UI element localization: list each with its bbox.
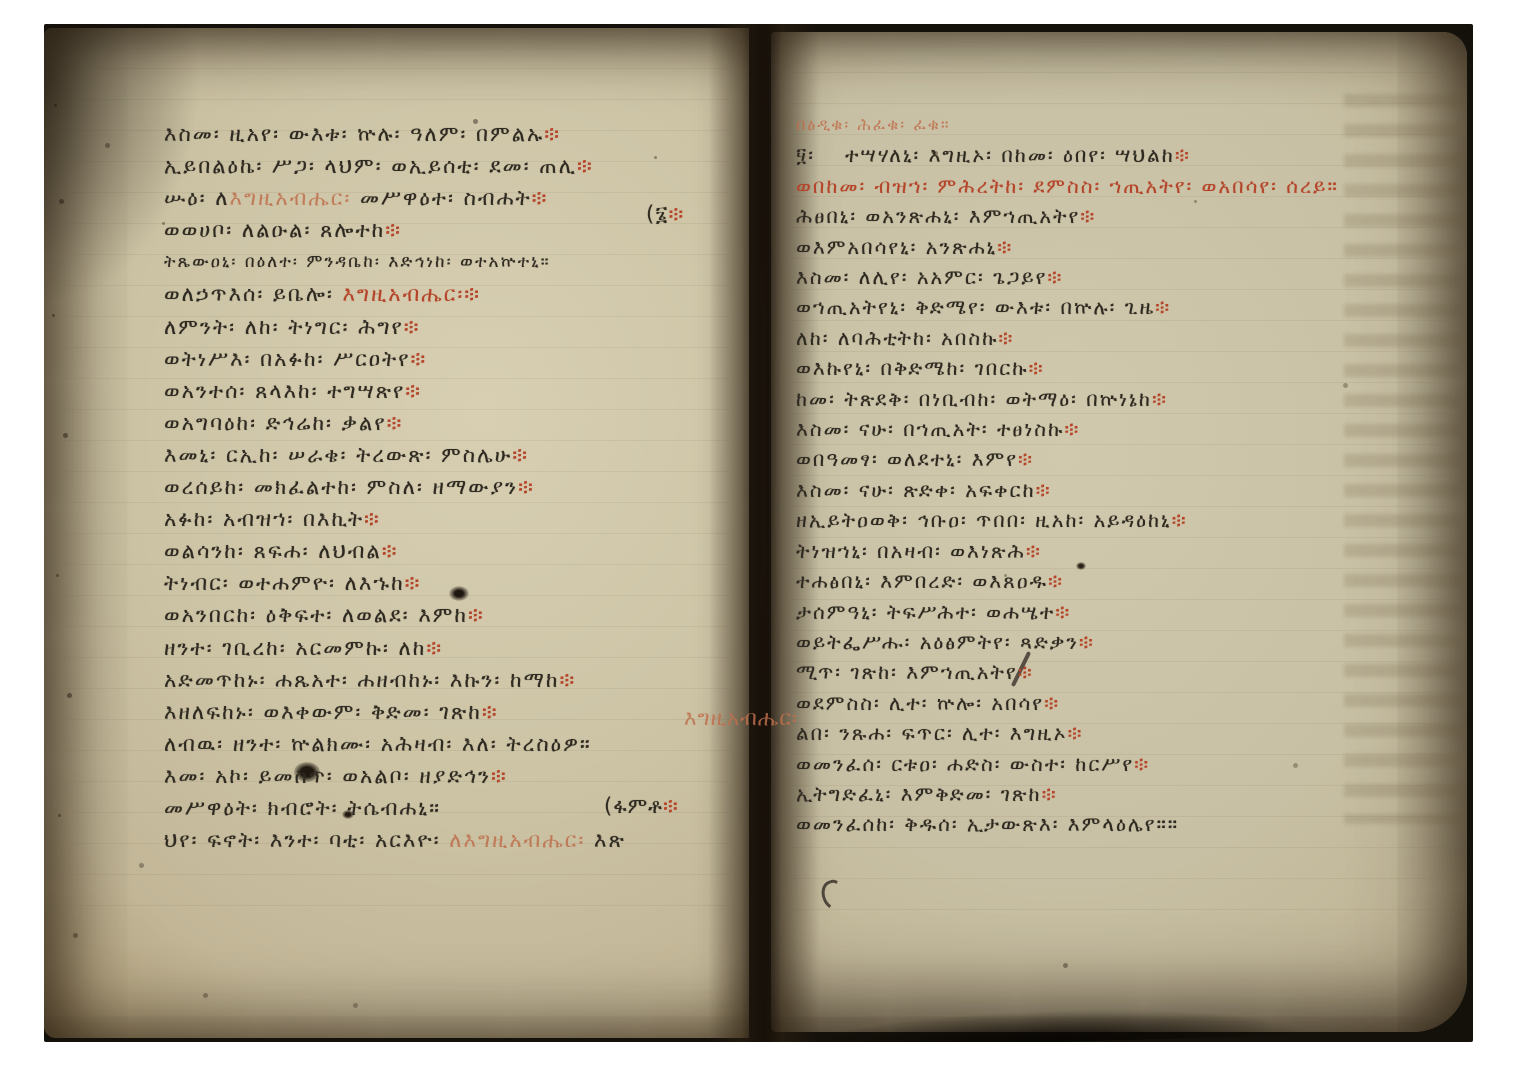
text-line: ዘንተ፡ ገቢረከ፡ አርመምኩ፡ ለከ፨ bbox=[164, 632, 626, 664]
text-segment: አፉከ፡ አብዝኀ፡ በእኪት bbox=[164, 507, 364, 531]
text-line: ተሐፅበኒ፡ እምበረድ፡ ወእጸዐዱ፨ bbox=[796, 566, 1339, 596]
rubric-segment: ፨ bbox=[997, 235, 1013, 259]
rubric-segment: እግዚአብሔር፡ bbox=[230, 186, 352, 210]
text-segment: ዘንተ፡ ገቢረከ፡ አርመምኩ፡ ለከ bbox=[164, 636, 426, 660]
rubric-segment: ፨ bbox=[1080, 204, 1096, 228]
text-segment: ለብዉ፡ ዘንተ፡ ኵልክሙ፡ አሕዛብ፡ እለ፡ ትረስዕዎ። bbox=[164, 732, 592, 756]
text-line: መሥዋዕት፡ ክብሮት፡ ትሴብሐኒ።(ፋምቶ፨ bbox=[164, 792, 626, 824]
text-line: ፶፡ተሣሃለኒ፡ እግዚኦ፡ በከመ፡ ዕበየ፡ ሣህልከ፨ bbox=[796, 140, 1339, 170]
text-segment: ወወሀቦ፡ ለልዑል፡ ጸሎተከ bbox=[164, 218, 385, 242]
text-segment: ወደምስስ፡ ሊተ፡ ኵሎ፡ አበሳየ bbox=[796, 691, 1044, 715]
text-segment: እስመ፡ ለሊየ፡ አአምር፡ ጌጋይየ bbox=[796, 265, 1047, 289]
text-segment: ወትነሥእ፡ በአፉከ፡ ሥርዐትየ bbox=[164, 347, 410, 371]
text-line: ወመንፈሰ፡ ርቱዐ፡ ሐድስ፡ ውስተ፡ ከርሥየ፨ bbox=[796, 749, 1339, 779]
text-segment: ወልሳንከ፡ ጸፍሐ፡ ለህብል bbox=[164, 539, 382, 563]
rubric-segment: ፨ bbox=[410, 347, 427, 371]
left-page-text-column: እስመ፡ ዚአየ፡ ውእቱ፡ ኵሉ፡ ዓለም፡ በምልኡ፨ኢይበልዕኬ፡ ሥጋ፡… bbox=[164, 118, 626, 856]
text-segment: ወለኃጥእሰ፡ ይቤሎ፡ bbox=[164, 282, 342, 306]
text-segment: መሥዋዕት፡ ክብሮት፡ ትሴብሐኒ። bbox=[164, 796, 441, 820]
text-line: ለከ፡ ለባሕቲትከ፡ አበስኩ፨ bbox=[796, 323, 1339, 353]
text-line: እመ፡ አኮ፡ ይመስጥ፡ ወአልቦ፡ ዘያድኅን፨ bbox=[164, 760, 626, 792]
text-segment: እስመ፡ ናሁ፡ ጽድቀ፡ አፍቀርከ bbox=[796, 478, 1036, 502]
text-segment: እስመ፡ ናሁ፡ በኀጢአት፡ ተፀነስኩ bbox=[796, 417, 1064, 441]
rubric-segment: ፨ bbox=[482, 700, 499, 724]
text-line: እስመ፡ ለሊየ፡ አአምር፡ ጌጋይየ፨ bbox=[796, 262, 1339, 292]
text-line: ታሰምዓኒ፡ ትፍሥሕተ፡ ወሐሤተ፨ bbox=[796, 597, 1339, 627]
text-line: ልበ፡ ንጹሐ፡ ፍጥር፡ ሊተ፡ እግዚኦ፨ bbox=[796, 718, 1339, 748]
text-segment: ታሰምዓኒ፡ ትፍሥሕተ፡ ወሐሤተ bbox=[796, 600, 1055, 624]
text-line: እስመ፡ ናሁ፡ በኀጢአት፡ ተፀነስኩ፨ bbox=[796, 414, 1339, 444]
rubric-segment: ፨ bbox=[1018, 660, 1034, 684]
text-segment: ሡዕ፡ ለ bbox=[164, 186, 230, 210]
rubric-segment: ፨ bbox=[1036, 478, 1052, 502]
rubric-segment: እግዚአብሔር፡ bbox=[684, 706, 798, 730]
text-segment: ወይትፌሥሑ፡ አዕፅምትየ፡ ጻድቃን bbox=[796, 630, 1079, 654]
manuscript-photo: እስመ፡ ዚአየ፡ ውእቱ፡ ኵሉ፡ ዓለም፡ በምልኡ፨ኢይበልዕኬ፡ ሥጋ፡… bbox=[44, 24, 1473, 1042]
text-line: ሚጥ፡ ገጽከ፡ እምኀጢአትየ፨ bbox=[796, 657, 1339, 687]
text-segment: (ፋምቶ bbox=[604, 794, 663, 818]
text-line: እመኒ፡ ርኢከ፡ ሠራቄ፡ ትረውጽ፡ ምስሌሁ፨ bbox=[164, 439, 626, 471]
text-line: ትነዝኀኒ፡ በአዛብ፡ ወእነጽሕ፨ bbox=[796, 536, 1339, 566]
text-segment: ኢትግድፈኒ፡ እምቅድመ፡ ገጽከ bbox=[796, 782, 1042, 806]
margin-note: እግዚአብሔር፡ bbox=[684, 702, 798, 734]
text-line: ወእምአበሳየኒ፡ አንጽሐኒ፨ bbox=[796, 232, 1339, 262]
text-line: ወበከመ፡ ብዝኀ፡ ምሕረትከ፡ ደምስስ፡ ኀጢአትየ፡ ወአበሳየ፡ ሰረ… bbox=[796, 171, 1339, 201]
text-line: ወኀጢአትየኒ፡ ቅድሜየ፡ ውእቱ፡ በኵሉ፡ ጊዜ፨ bbox=[796, 292, 1339, 322]
rubric-segment: ፨ bbox=[426, 636, 443, 660]
text-segment: አድመጥከኑ፡ ሐጼአተ፡ ሐዘብከኑ፡ እኩን፡ ከማከ bbox=[164, 668, 559, 692]
text-line: ወወሀቦ፡ ለልዑል፡ ጸሎተከ፨(፮፨ bbox=[164, 214, 626, 246]
text-line: በፅዲቁ፡ ሕፈቁ፡ ፈቁ። bbox=[796, 110, 1339, 140]
text-line: ኢይበልዕኬ፡ ሥጋ፡ ላህም፡ ወኢይሰቲ፡ ደመ፡ ጠሊ፨ bbox=[164, 150, 626, 182]
gutter-line bbox=[761, 24, 766, 1042]
text-segment: ተሐፅበኒ፡ እምበረድ፡ ወእጸዐዱ bbox=[796, 569, 1048, 593]
rubric-segment: ፨ bbox=[404, 315, 421, 339]
text-segment: ትነብር፡ ወተሐምዮ፡ ለእኁከ bbox=[164, 571, 405, 595]
text-line: ወደምስስ፡ ሊተ፡ ኵሎ፡ አበሳየ፨ bbox=[796, 688, 1339, 718]
rubric-segment: ፨ bbox=[668, 202, 684, 226]
rubric-segment: ፨ bbox=[1048, 569, 1064, 593]
rubric-segment: ፨ bbox=[1026, 539, 1042, 563]
rubric-segment: ፨ bbox=[544, 122, 561, 146]
rubric-segment: ፨ bbox=[518, 475, 535, 499]
text-line: ወአንበርከ፡ ዕቅፍተ፡ ለወልደ፡ እምከ፨ bbox=[164, 599, 626, 631]
text-segment: ሚጥ፡ ገጽከ፡ እምኀጢአትየ bbox=[796, 660, 1018, 684]
text-segment: ወመንፈሰ፡ ርቱዐ፡ ሐድስ፡ ውስተ፡ ከርሥየ bbox=[796, 752, 1134, 776]
rubric-segment: ፨ bbox=[1134, 752, 1150, 776]
text-segment: እመ፡ አኮ፡ ይመስጥ፡ ወአልቦ፡ ዘያድኅን bbox=[164, 764, 491, 788]
text-segment: ፶፡ bbox=[796, 143, 815, 167]
rubric-segment: ፨ bbox=[405, 379, 422, 403]
rubric-segment: ፨ bbox=[1044, 691, 1060, 715]
text-line: ለምንት፡ ለከ፡ ትነግር፡ ሕግየ፨ bbox=[164, 311, 626, 343]
text-segment: ወበዓመፃ፡ ወለደተኒ፡ እምየ bbox=[796, 447, 1018, 471]
text-segment: ወመንፈሰከ፡ ቅዱሰ፡ ኢታውጽእ፡ እምላዕሌየ።። bbox=[796, 812, 1179, 836]
text-line: ትነብር፡ ወተሐምዮ፡ ለእኁከ፨ bbox=[164, 567, 626, 599]
text-segment: ህየ፡ ፍኖት፡ እንተ፡ ባቲ፡ አርእዮ፡ bbox=[164, 828, 449, 852]
text-segment: መሥዋዕተ፡ ስብሐት bbox=[351, 186, 531, 210]
text-segment: ወአንተሰ፡ ጸላእከ፡ ተግሣጽየ bbox=[164, 379, 405, 403]
margin-note: (፮፨ bbox=[646, 198, 684, 230]
text-segment: ወኀጢአትየኒ፡ ቅድሜየ፡ ውእቱ፡ በኵሉ፡ ጊዜ bbox=[796, 295, 1155, 319]
text-line: ህየ፡ ፍኖት፡ እንተ፡ ባቲ፡ አርእዮ፡ ለእግዚአብሔር፡ እጽ bbox=[164, 824, 626, 856]
rubric-segment: ፨ bbox=[1018, 447, 1034, 471]
rubric-segment: ወበከመ፡ ብዝኀ፡ ምሕረትከ፡ ደምስስ፡ ኀጢአትየ፡ ወአበሳየ፡ ሰረ… bbox=[796, 174, 1339, 198]
text-segment: ሕፀበኒ፡ ወአንጽሐኒ፡ እምኀጢአትየ bbox=[796, 204, 1080, 228]
text-segment: ተሣሃለኒ፡ እግዚኦ፡ በከመ፡ ዕበየ፡ ሣህልከ bbox=[845, 143, 1175, 167]
text-segment: እዘለፍከኑ፡ ወእቀውም፡ ቅድመ፡ ገጽከ bbox=[164, 700, 482, 724]
rubric-segment: ለእግዚአብሔር፡ bbox=[449, 828, 585, 852]
rubric-segment: ፨ bbox=[1055, 600, 1071, 624]
rubric-segment: ፨ bbox=[364, 507, 381, 531]
rubric-segment: ፨ bbox=[1064, 417, 1080, 441]
rubric-segment: ፨ bbox=[1175, 143, 1191, 167]
text-line: ዘኢይትዐወቅ፡ ኅቡዐ፡ ጥበበ፡ ዚአከ፡ አይዳዕከኒ፨ bbox=[796, 505, 1339, 535]
rubric-segment: ፨ bbox=[1152, 387, 1168, 411]
right-page-text-column: በፅዲቁ፡ ሕፈቁ፡ ፈቁ።፶፡ተሣሃለኒ፡ እግዚኦ፡ በከመ፡ ዕበየ፡ ሣ… bbox=[796, 110, 1339, 840]
text-segment: ትነዝኀኒ፡ በአዛብ፡ ወእነጽሕ bbox=[796, 539, 1026, 563]
text-segment: ኢይበልዕኬ፡ ሥጋ፡ ላህም፡ ወኢይሰቲ፡ ደመ፡ ጠሊ bbox=[164, 154, 577, 178]
text-line: ወልሳንከ፡ ጸፍሐ፡ ለህብል፨ bbox=[164, 535, 626, 567]
rubric-segment: ፨ bbox=[382, 539, 399, 563]
text-line: ወለኃጥእሰ፡ ይቤሎ፡ እግዚአብሔር፡፨ bbox=[164, 278, 626, 310]
rubric-segment: ፨ bbox=[1047, 265, 1063, 289]
rubric-segment: እግዚአብሔር፡፨ bbox=[342, 282, 481, 306]
text-line: ወትነሥእ፡ በአፉከ፡ ሥርዐትየ፨ bbox=[164, 343, 626, 375]
rubric-segment: ፨ bbox=[512, 443, 529, 467]
rubric-segment: ፨ bbox=[491, 764, 508, 788]
text-line: ወይትፌሥሑ፡ አዕፅምትየ፡ ጻድቃን፨ bbox=[796, 627, 1339, 657]
text-line: ሕፀበኒ፡ ወአንጽሐኒ፡ እምኀጢአትየ፨ bbox=[796, 201, 1339, 231]
rubric-segment: ፨ bbox=[559, 668, 576, 692]
rubric-segment: በፅዲቁ፡ ሕፈቁ፡ ፈቁ። bbox=[796, 115, 950, 134]
text-line: አፉከ፡ አብዝኀ፡ በእኪት፨ bbox=[164, 503, 626, 535]
text-line: ለብዉ፡ ዘንተ፡ ኵልክሙ፡ አሕዛብ፡ እለ፡ ትረስዕዎ። bbox=[164, 728, 626, 760]
text-segment: ወአንበርከ፡ ዕቅፍተ፡ ለወልደ፡ እምከ bbox=[164, 603, 468, 627]
rubric-segment: ፨ bbox=[998, 326, 1014, 350]
paper-speckles bbox=[54, 104, 57, 107]
rubric-segment: ፨ bbox=[468, 603, 485, 627]
text-segment: ልበ፡ ንጹሐ፡ ፍጥር፡ ሊተ፡ እግዚኦ bbox=[796, 721, 1067, 745]
text-line: ወመንፈሰከ፡ ቅዱሰ፡ ኢታውጽእ፡ እምላዕሌየ።። bbox=[796, 809, 1339, 839]
text-line: እስመ፡ ናሁ፡ ጽድቀ፡ አፍቀርከ፨ bbox=[796, 475, 1339, 505]
text-line: ወአንተሰ፡ ጸላእከ፡ ተግሣጽየ፨ bbox=[164, 375, 626, 407]
text-segment: ወእኩየኒ፡ በቅድሜከ፡ ገበርኩ bbox=[796, 356, 1029, 380]
text-line: ወበዓመፃ፡ ወለደተኒ፡ እምየ፨ bbox=[796, 444, 1339, 474]
rubric-segment: ፨ bbox=[1079, 630, 1095, 654]
text-line: ከመ፡ ትጽደቅ፡ በነቢብከ፡ ወትማዕ፡ በኵነኔከ፨ bbox=[796, 384, 1339, 414]
text-segment: ለምንት፡ ለከ፡ ትነግር፡ ሕግየ bbox=[164, 315, 404, 339]
rubric-segment: ፨ bbox=[1067, 721, 1083, 745]
text-segment: ዘኢይትዐወቅ፡ ኅቡዐ፡ ጥበበ፡ ዚአከ፡ አይዳዕከኒ bbox=[796, 508, 1172, 532]
text-segment: እጽ bbox=[585, 828, 626, 852]
text-line: ወእኩየኒ፡ በቅድሜከ፡ ገበርኩ፨ bbox=[796, 353, 1339, 383]
text-segment: ከመ፡ ትጽደቅ፡ በነቢብከ፡ ወትማዕ፡ በኵነኔከ bbox=[796, 387, 1152, 411]
rubric-segment: ፨ bbox=[387, 411, 404, 435]
rubric-segment: ፨ bbox=[1029, 356, 1045, 380]
rubric-segment: ፨ bbox=[385, 218, 402, 242]
text-segment: (፮ bbox=[646, 202, 668, 226]
rubric-segment: ፨ bbox=[532, 186, 549, 210]
text-line: አድመጥከኑ፡ ሐጼአተ፡ ሐዘብከኑ፡ እኩን፡ ከማከ፨ bbox=[164, 664, 626, 696]
rubric-segment: ፨ bbox=[1042, 782, 1058, 806]
rubric-segment: ፨ bbox=[1155, 295, 1171, 319]
text-line: እዘለፍከኑ፡ ወእቀውም፡ ቅድመ፡ ገጽከ፨እግዚአብሔር፡ bbox=[164, 696, 626, 728]
rubric-segment: ፨ bbox=[1172, 508, 1188, 532]
rubric-segment: ፨ bbox=[405, 571, 422, 595]
text-segment: እስመ፡ ዚአየ፡ ውእቱ፡ ኵሉ፡ ዓለም፡ በምልኡ bbox=[164, 122, 544, 146]
text-segment: ወእምአበሳየኒ፡ አንጽሐኒ bbox=[796, 235, 997, 259]
text-line: ወአግባዕከ፡ ድኅሬከ፡ ቃልየ፨ bbox=[164, 407, 626, 439]
text-segment: ትጼውዐኒ፡ በዕለተ፡ ምንዳቤከ፡ እድኅነከ፡ ወተአኵተኒ። bbox=[164, 252, 551, 272]
text-line: ሡዕ፡ ለእግዚአብሔር፡ መሥዋዕተ፡ ስብሐት፨ bbox=[164, 182, 626, 214]
rubric-segment: ፨ bbox=[577, 154, 594, 178]
text-segment: እመኒ፡ ርኢከ፡ ሠራቄ፡ ትረውጽ፡ ምስሌሁ bbox=[164, 443, 512, 467]
text-line: ኢትግድፈኒ፡ እምቅድመ፡ ገጽከ፨ bbox=[796, 779, 1339, 809]
text-segment: ወረሰይከ፡ መክፈልተከ፡ ምስለ፡ ዘማውያን bbox=[164, 475, 518, 499]
text-line: ወረሰይከ፡ መክፈልተከ፡ ምስለ፡ ዘማውያን፨ bbox=[164, 471, 626, 503]
text-line: እስመ፡ ዚአየ፡ ውእቱ፡ ኵሉ፡ ዓለም፡ በምልኡ፨ bbox=[164, 118, 626, 150]
text-segment: ወአግባዕከ፡ ድኅሬከ፡ ቃልየ bbox=[164, 411, 387, 435]
rubric-segment: ፨ bbox=[663, 794, 679, 818]
text-segment: ለከ፡ ለባሕቲትከ፡ አበስኩ bbox=[796, 326, 998, 350]
margin-note: (ፋምቶ፨ bbox=[604, 790, 679, 822]
text-line: ትጼውዐኒ፡ በዕለተ፡ ምንዳቤከ፡ እድኅነከ፡ ወተአኵተኒ። bbox=[164, 246, 626, 278]
